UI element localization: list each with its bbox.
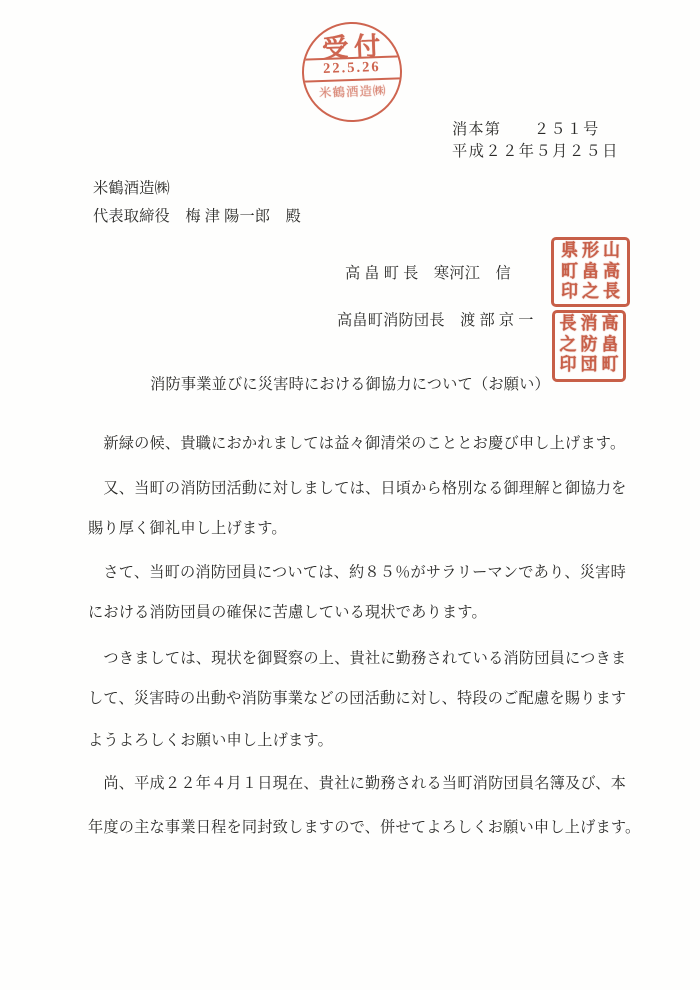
mayor-seal-row: 県形山 bbox=[554, 241, 627, 262]
body-line: 年度の主な事業日程を同封致しますので、併せてよろしくお願い申し上げます。 bbox=[88, 818, 640, 838]
fire-chief-seal-row: 長消高 bbox=[555, 314, 623, 335]
reception-stamp-date: 22.5.26 bbox=[304, 58, 401, 78]
reception-stamp: 受付 22.5.26 米鶴酒造㈱ bbox=[300, 20, 403, 123]
scanned-official-letter: 受付 22.5.26 米鶴酒造㈱ 消本第 ２５１号 平成２２年５月２５日 米鶴酒… bbox=[0, 0, 700, 990]
fire-chief-seal: 長消高 之防畠 印団町 bbox=[552, 310, 626, 382]
mayor-seal-row: 印之長 bbox=[554, 282, 627, 303]
subject-title: 消防事業並びに災害時における御協力について（お願い） bbox=[0, 375, 700, 395]
body-line: 尚、平成２２年４月１日現在、貴社に勤務される当町消防団員名簿及び、本 bbox=[88, 774, 626, 794]
mayor-seal-row: 町畠高 bbox=[554, 261, 627, 282]
sender-mayor: 高 畠 町 長 寒河江 信 bbox=[345, 264, 511, 284]
body-line: つきましては、現状を御賢察の上、貴社に勤務されている消防団員につきま bbox=[88, 649, 626, 669]
body-line: ようよろしくお願い申し上げます。 bbox=[88, 731, 333, 751]
body-line: 賜り厚く御礼申し上げます。 bbox=[88, 519, 287, 539]
addressee-person: 代表取締役 梅 津 陽一郎 殿 bbox=[93, 207, 301, 227]
document-number: 消本第 ２５１号 bbox=[452, 120, 600, 140]
body-line: 新緑の候、貴職におかれましては益々御清栄のこととお慶び申し上げます。 bbox=[88, 434, 625, 454]
mayor-seal: 県形山 町畠高 印之長 bbox=[551, 237, 630, 307]
body-line: における消防団員の確保に苦慮している現状であります。 bbox=[88, 603, 487, 623]
reception-stamp-company-name: 米鶴酒造㈱ bbox=[304, 80, 401, 101]
body-line: して、災害時の出動や消防事業などの団活動に対し、特段のご配慮を賜ります bbox=[88, 689, 626, 709]
body-line: 又、当町の消防団活動に対しましては、日頃から格別なる御理解と御協力を bbox=[88, 479, 627, 499]
fire-chief-seal-row: 之防畠 bbox=[555, 334, 623, 355]
body-line: さて、当町の消防団員については、約８５％がサラリーマンであり、災害時 bbox=[88, 563, 626, 583]
addressee-company: 米鶴酒造㈱ bbox=[93, 179, 170, 199]
document-date: 平成２２年５月２５日 bbox=[452, 142, 619, 162]
sender-fire-chief: 高畠町消防団長 渡 部 京 一 bbox=[337, 311, 534, 331]
fire-chief-seal-row: 印団町 bbox=[555, 355, 623, 376]
